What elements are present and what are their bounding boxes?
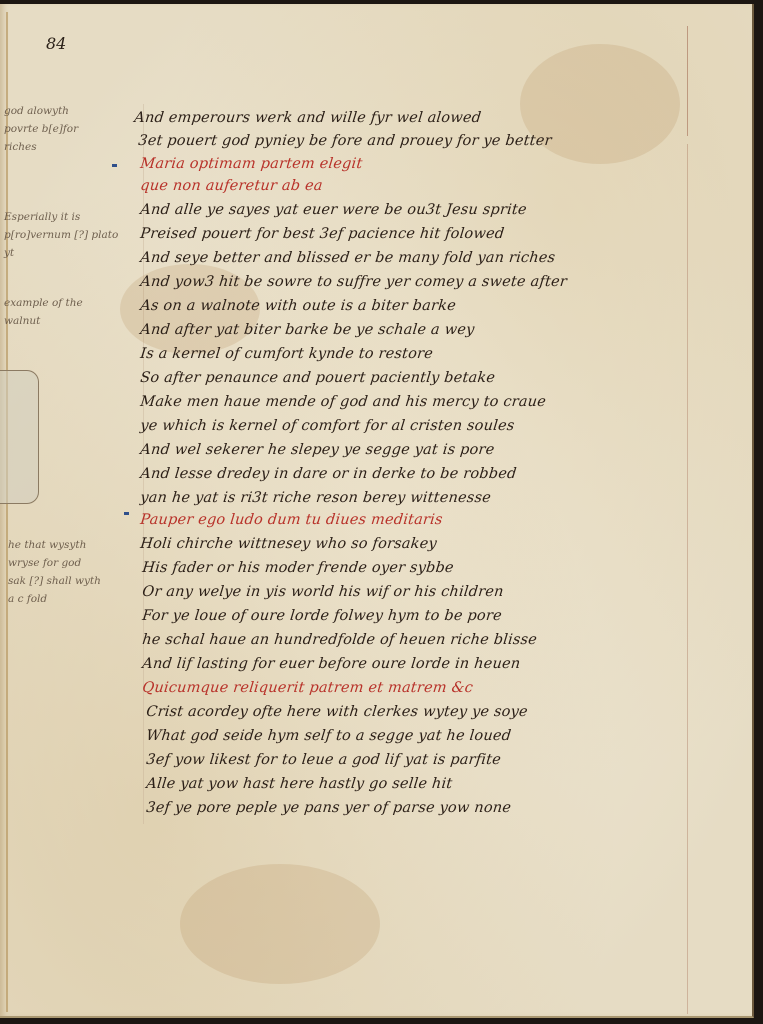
rubric-line: Quicumque reliquerit patrem et matrem &c xyxy=(141,680,474,702)
text-line: ye which is kernel of comfort for al cri… xyxy=(139,418,515,440)
text-line: So after penaunce and pouert paciently b… xyxy=(139,370,496,392)
text-line: And lif lasting for euer before oure lor… xyxy=(141,656,521,678)
margin-note-line: god alowyth xyxy=(4,102,78,120)
text-line: What god seide hym self to a segge yat h… xyxy=(145,728,512,750)
parchment-stain xyxy=(180,864,380,984)
text-line: Crist acordey ofte here with clerkes wyt… xyxy=(145,704,529,726)
ruling-line-right xyxy=(687,144,688,1014)
margin-note-line: walnut xyxy=(4,312,83,330)
rubric-line: que non auferetur ab ea xyxy=(139,178,324,200)
text-line: And yow3 hit be sowre to suffre yer come… xyxy=(139,274,568,296)
gutter-edge xyxy=(6,12,8,1012)
ruling-line-right-top xyxy=(687,26,688,136)
text-line: Holi chirche wittnesey who so forsakey xyxy=(139,536,438,558)
margin-note: Esperially it is p[ro]vernum [?] plato y… xyxy=(4,208,118,262)
decorated-initial-p xyxy=(124,512,129,515)
margin-note: he that wysyth wryse for god sak [?] sha… xyxy=(8,536,101,608)
margin-note-line: example of the xyxy=(4,294,83,312)
book-clip xyxy=(0,370,39,504)
text-line: yan he yat is ri3t riche reson berey wit… xyxy=(139,490,492,512)
margin-note-line: Esperially it is xyxy=(4,208,118,226)
margin-note-line: yt xyxy=(4,244,118,262)
text-line: And seye better and blissed er be many f… xyxy=(139,250,556,272)
text-line: And emperours werk and wille fyr wel alo… xyxy=(133,110,482,132)
text-line: And lesse dredey in dare or in derke to … xyxy=(139,466,518,488)
manuscript-page: 84 god alowyth povrte b[e]for riches Esp… xyxy=(0,4,754,1018)
text-line: As on a walnote with oute is a biter bar… xyxy=(139,298,457,320)
text-line: And alle ye sayes yat euer were be ou3t … xyxy=(139,202,528,224)
text-line: His fader or his moder frende oyer sybbe xyxy=(141,560,455,582)
margin-note-line: povrte b[e]for xyxy=(4,120,78,138)
rubric-line: Pauper ego ludo dum tu diues meditaris xyxy=(139,512,444,534)
decorated-initial-m xyxy=(112,164,117,167)
margin-note-line: wryse for god xyxy=(8,554,101,572)
text-line: Make men haue mende of god and his mercy… xyxy=(139,394,547,416)
text-line: For ye loue of oure lorde folwey hym to … xyxy=(141,608,503,630)
folio-number: 84 xyxy=(46,34,66,53)
rubric-line: Maria optimam partem elegit xyxy=(139,156,363,178)
margin-note-line: he that wysyth xyxy=(8,536,101,554)
margin-note-line: riches xyxy=(4,138,78,156)
margin-note-line: a c fold xyxy=(8,590,101,608)
text-line: 3ef ye pore peple ye pans yer of parse y… xyxy=(145,800,512,822)
text-line: 3et pouert god pyniey be fore and prouey… xyxy=(137,133,553,155)
margin-note-line: p[ro]vernum [?] plato xyxy=(4,226,118,244)
margin-note: god alowyth povrte b[e]for riches xyxy=(4,102,78,156)
text-line: And after yat biter barke be ye schale a… xyxy=(139,322,475,344)
margin-note-line: sak [?] shall wyth xyxy=(8,572,101,590)
text-line: Is a kernel of cumfort kynde to restore xyxy=(139,346,434,368)
text-line: he schal haue an hundredfolde of heuen r… xyxy=(141,632,538,654)
text-line: 3ef yow likest for to leue a god lif yat… xyxy=(145,752,502,774)
text-line: And wel sekerer he slepey ye segge yat i… xyxy=(139,442,495,464)
text-line: Preised pouert for best 3ef pacience hit… xyxy=(139,226,505,248)
text-line: Alle yat yow hast here hastly go selle h… xyxy=(145,776,453,798)
margin-note: example of the walnut xyxy=(4,294,83,330)
text-line: Or any welye in yis world his wif or his… xyxy=(141,584,505,606)
